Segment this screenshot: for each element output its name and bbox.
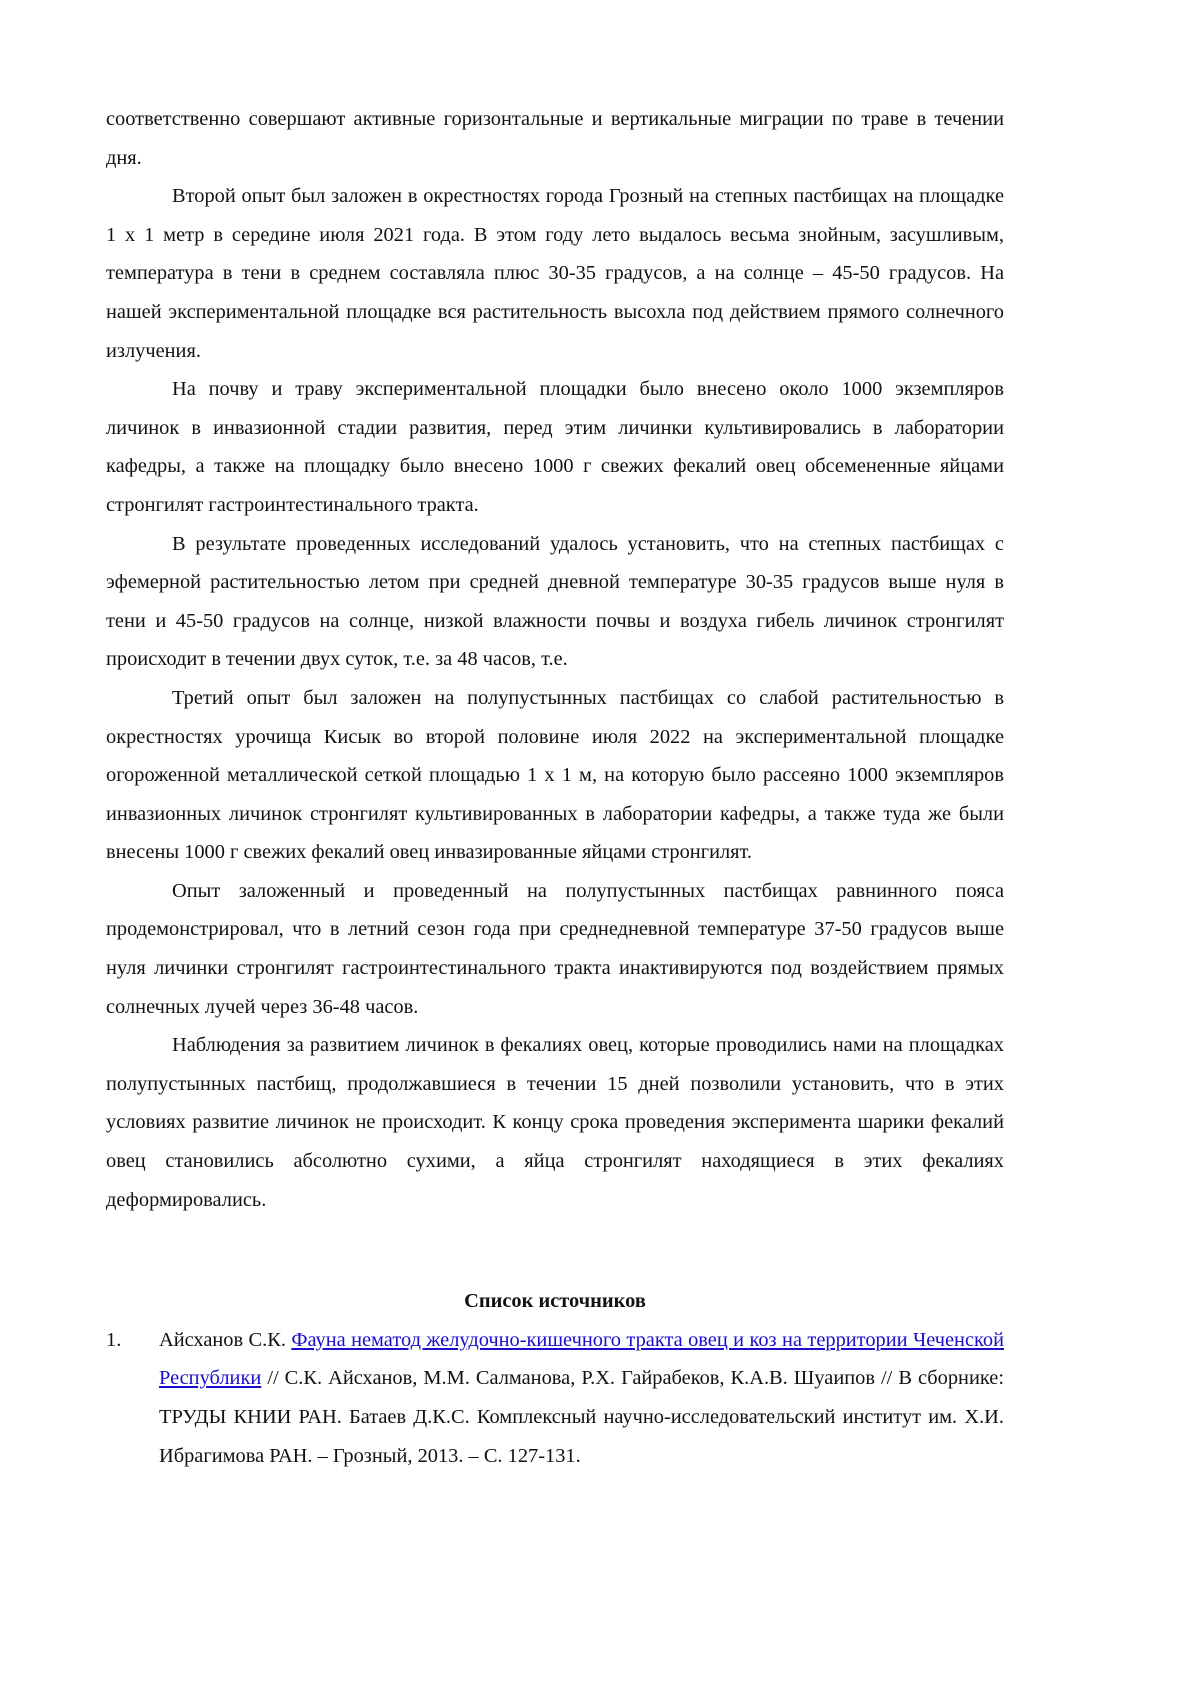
paragraph-results: В результате проведенных исследований уд… <box>106 525 1004 679</box>
paragraph-semidesert-results: Опыт заложенный и проведенный на полупус… <box>106 872 1004 1026</box>
paragraph-continuation: соответственно совершают активные горизо… <box>106 100 1004 177</box>
paragraph-observations: Наблюдения за развитием личинок в фекали… <box>106 1026 1004 1219</box>
document-page: соответственно совершают активные горизо… <box>106 100 1004 1475</box>
reference-item: 1. Айсханов С.К. Фауна нематод желудочно… <box>106 1321 1004 1475</box>
reference-number: 1. <box>106 1321 121 1360</box>
reference-details: // С.К. Айсханов, М.М. Салманова, Р.Х. Г… <box>159 1367 1004 1466</box>
paragraph-second-experiment: Второй опыт был заложен в окрестностях г… <box>106 177 1004 370</box>
paragraph-larvae-introduction: На почву и траву экспериментальной площа… <box>106 370 1004 524</box>
reference-author: Айсханов С.К. <box>159 1329 291 1351</box>
paragraph-third-experiment: Третий опыт был заложен на полупустынных… <box>106 679 1004 872</box>
references-heading: Список источников <box>106 1282 1004 1321</box>
